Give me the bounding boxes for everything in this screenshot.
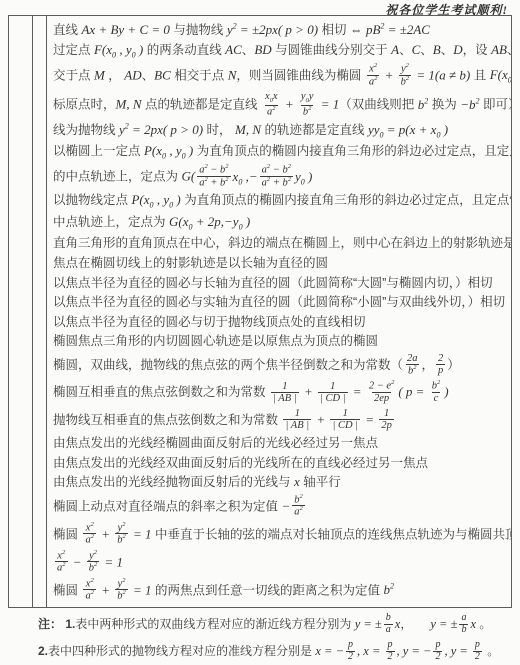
formula-row: 中点轨迹上，定点为 G(x0 + 2p,−y0 ) <box>53 213 507 232</box>
fraction: x2a2 <box>367 63 380 87</box>
fraction: 2p <box>436 353 445 376</box>
fraction: a2 − b2a2 + b2 <box>197 164 230 188</box>
fraction: b2c <box>430 380 443 404</box>
table-col-empty-2 <box>33 16 47 607</box>
fraction: 1| AB | <box>271 381 299 404</box>
formula-row: 抛物线互相垂直的焦点弦倒数之和为常数 1| AB | + 1| CD | = 1… <box>53 407 507 432</box>
fraction: 1| AB | <box>283 408 311 431</box>
fraction: x2a2 <box>83 578 96 602</box>
fraction: p2 <box>346 640 355 662</box>
formula-row: 椭圆互相垂直的焦点弦倒数之和为常数 1| AB | + 1| CD | = 2 … <box>53 379 507 405</box>
fraction: 12p <box>379 408 394 431</box>
fraction: p2 <box>433 640 442 662</box>
fraction: y2b2 <box>115 578 128 602</box>
formula-row: 由焦点发出的光线经双曲面反射后的光线所在的直线必经过另一焦点 <box>53 454 507 472</box>
formula-row: 过定点 F(x0 , y0 ) 的两条动直线 AC、BD 与圆锥曲线分别交于 A… <box>53 41 507 60</box>
formula-row: 标原点时，M, N 点的轨迹都是定直线 x0xa2 + y0yb2 = 1（双曲… <box>53 90 507 118</box>
fraction: p2 <box>473 640 482 662</box>
formula-table: 直线 Ax + By + C = 0 与抛物线 y2 = ±2px( p > 0… <box>8 15 512 608</box>
formula-row: 椭圆，双曲线，抛物线的焦点弦的两个焦半径倒数之和为常数（2ab2，2p） <box>53 352 507 378</box>
fraction: 2ab2 <box>405 353 420 377</box>
formula-row: 由焦点发出的光线经抛物面反射后的光线与 x 轴平行 <box>53 473 507 491</box>
fraction: 1| CD | <box>330 408 360 431</box>
formula-row: 直线 Ax + By + C = 0 与抛物线 y2 = ±2px( p > 0… <box>53 21 507 39</box>
fraction: y2b2 <box>399 63 412 87</box>
formula-row: 以焦点半径为直径的圆必与长轴为直径的圆（此圆简称“大圆”与椭圆内切，）相切 <box>53 274 507 292</box>
fraction: b2a2 <box>292 494 305 518</box>
fraction: x2a2 <box>55 550 68 574</box>
note-line: 2.表中四种形式的抛物线方程对应的准线方程分别是 x = −p2, x = p2… <box>38 639 512 663</box>
formula-row: 椭圆 x2a2 + y2b2 = 1 的两焦点到任意一切线的距离之积为定值 b2 <box>53 577 507 603</box>
fraction: ab <box>459 613 468 635</box>
fraction: ba <box>384 613 393 635</box>
note-line: 注： 1.表中两种形式的双曲线方程对应的渐近线方程分别为 y = ±bax， y… <box>38 612 512 636</box>
fraction: y2b2 <box>115 522 128 546</box>
notes: 注： 1.表中两种形式的双曲线方程对应的渐近线方程分别为 y = ±bax， y… <box>38 612 512 665</box>
formula-row: 椭圆上动点对直径端点的斜率之积为定值 −b2a2 <box>53 493 507 519</box>
fraction: 1| CD | <box>318 381 348 404</box>
formula-row: 以抛物线定点 P(x0 , y0 ) 为直角顶点的椭圆内接直角三角形的斜边必过定… <box>53 191 507 210</box>
formula-cell: 直线 Ax + By + C = 0 与抛物线 y2 = ±2px( p > 0… <box>47 16 511 607</box>
formula-row: 由焦点发出的光线经椭圆曲面反射后的光线必经过另一焦点 <box>53 434 507 452</box>
formula-row: x2a2 − y2b2 = 1 <box>53 549 507 575</box>
formula-row: 交于点 M ， AD、BC 相交于点 N，则当圆锥曲线为椭圆 x2a2 + y2… <box>53 62 507 88</box>
fraction: a2 − b2a2 + b2 <box>260 164 293 188</box>
fraction: y0yb2 <box>299 91 316 117</box>
formula-row: 椭圆 x2a2 + y2b2 = 1 中垂直于长轴的弦的端点对长轴顶点的连线焦点… <box>53 521 507 547</box>
formula-row: 焦点在椭圆切线上的射影轨迹是以长轴为直径的圆 <box>53 254 507 272</box>
fraction: x0xa2 <box>263 91 280 117</box>
formula-row: 椭圆焦点三角形的内切圆圆心轨迹是以原焦点为顶点的椭圆 <box>53 332 507 350</box>
fraction: p2 <box>386 640 395 662</box>
formula-row: 的中点轨迹上，定点为 G(a2 − b2a2 + b2x0 ,−a2 − b2a… <box>53 163 507 189</box>
formula-row: 以焦点半径为直径的圆必与切于抛物线顶点处的直线相切 <box>53 313 507 331</box>
fraction: x2a2 <box>83 522 96 546</box>
formula-row: 线为抛物线 y2 = 2px( p > 0) 时， M, N 的轨迹都是定直线 … <box>53 121 507 140</box>
formula-row: 以焦点半径为直径的圆必与实轴为直径的圆（此圆简称“小圆”与双曲线外切，）相切 <box>53 293 507 311</box>
formula-row: 椭圆的两条正交切线的交点轨迹是圆 <box>53 605 507 607</box>
fraction: 2 − e22ep <box>367 380 397 404</box>
table-col-empty-1 <box>9 16 33 607</box>
formula-row: 以椭圆上一定点 P(x0 , y0 ) 为直角顶点的椭圆内接直角三角形的斜边必过… <box>53 142 507 161</box>
fraction: y2b2 <box>87 550 100 574</box>
formula-row: 直角三角形的直角顶点在中心，斜边的端点在椭圆上，则中心在斜边上的射影轨迹是圆 <box>53 234 507 252</box>
